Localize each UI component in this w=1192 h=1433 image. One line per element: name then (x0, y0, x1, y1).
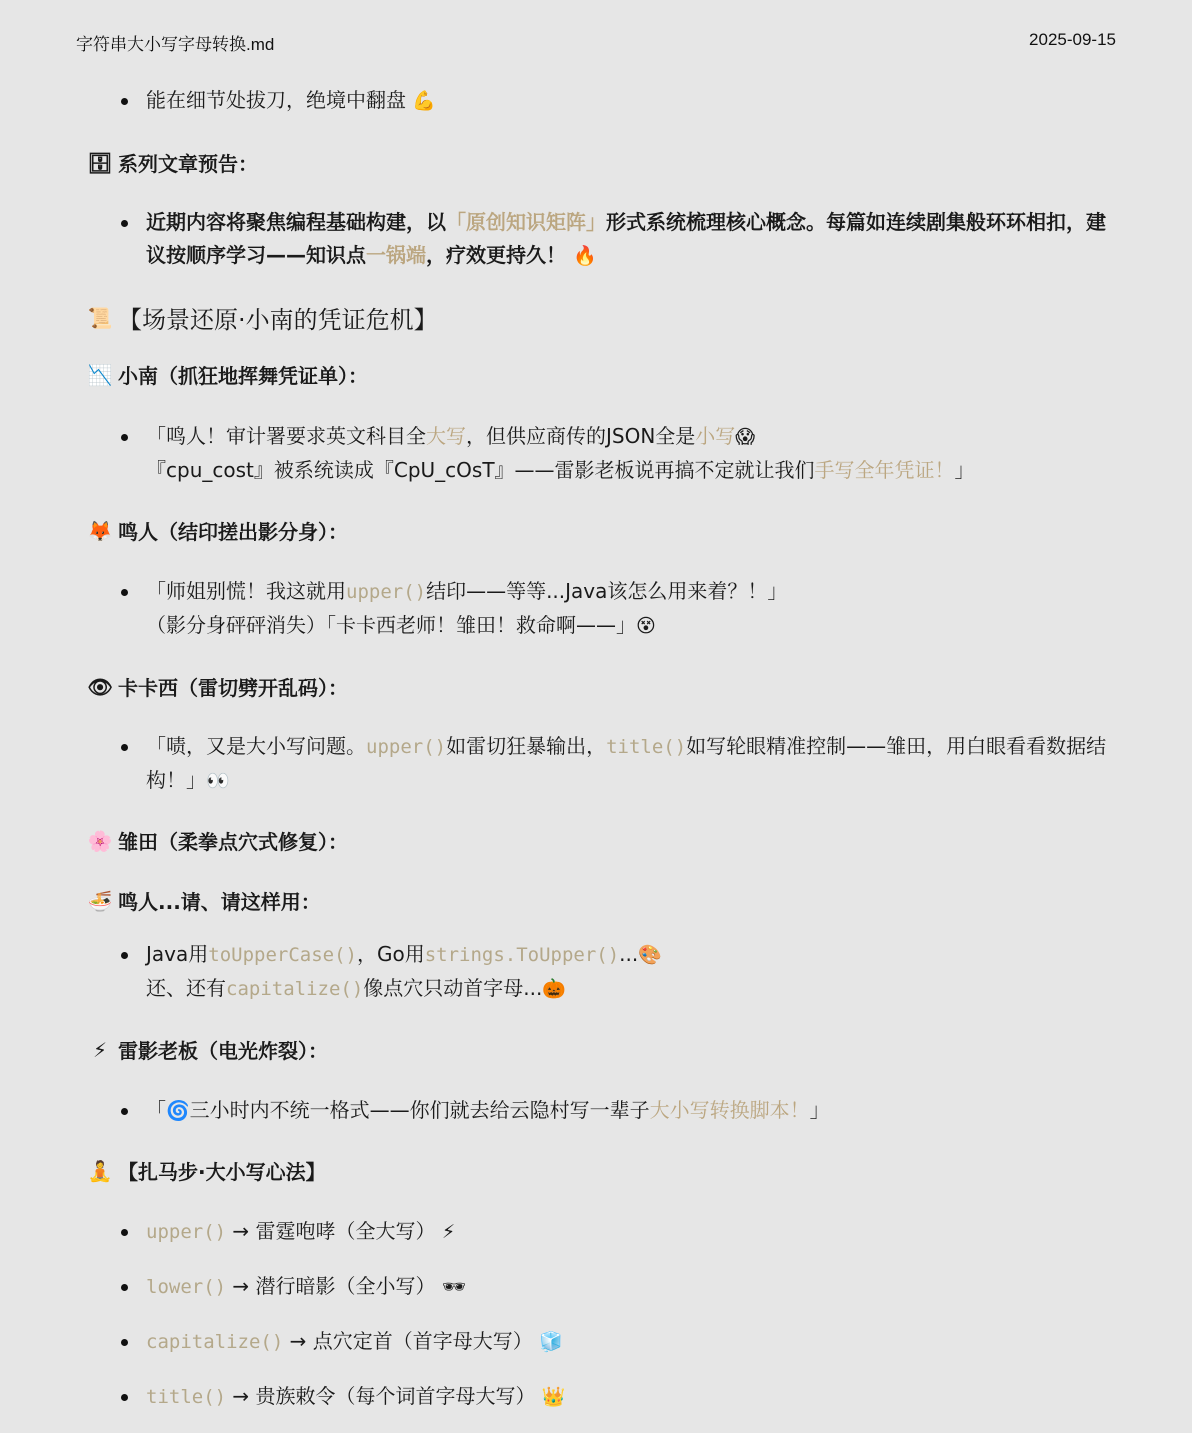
palette-icon: 🎨 (638, 944, 662, 966)
series-heading: 🗄 系列文章预告： (88, 148, 1112, 177)
list-item: 能在细节处拔刀，绝境中翻盘 💪 (146, 84, 1112, 118)
lightning-icon: ⚡ (88, 1038, 112, 1062)
list-item: 「鸣人！审计署要求英文科目全大写，但供应商传的JSON全是小写😱『cpu_cos… (146, 420, 1112, 487)
eye-icon: 👁 (88, 675, 112, 699)
list-item: Java用toUpperCase()，Go用strings.ToUpper().… (146, 938, 1112, 1006)
list-item: 「师姐别慌！我这就用upper()结印——等等...Java该怎么用来着？！」（… (146, 575, 1112, 643)
raikage-list: 「🌀三小时内不统一格式——你们就去给云隐村写一辈子大小写转换脚本！」 (88, 1094, 1112, 1128)
cyclone-icon: 🌀 (166, 1100, 190, 1122)
list-item: 近期内容将聚焦编程基础构建，以「原创知识矩阵」形式系统梳理核心概念。每篇如连续剧… (146, 206, 1112, 273)
chart-decreasing-icon: 📉 (88, 363, 112, 387)
naruto2-list: Java用toUpperCase()，Go用strings.ToUpper().… (88, 938, 1112, 1006)
sunglasses-icon: 🕶 (442, 1276, 466, 1298)
eyes-icon: 👀 (206, 770, 230, 792)
hinata-heading: 🌸 雏田（柔拳点穴式修复）： (88, 826, 1112, 855)
list-item: title() → 贵族敕令（每个词首字母大写） 👑 (146, 1380, 1112, 1414)
blossom-icon: 🌸 (88, 829, 112, 853)
lightning-icon: ⚡ (442, 1221, 455, 1243)
cube-icon: 🧊 (539, 1331, 563, 1353)
file-cabinet-icon: 🗄 (88, 151, 112, 175)
naruto-list: 「师姐别慌！我这就用upper()结印——等等...Java该怎么用来着？！」（… (88, 575, 1112, 643)
kakashi-heading: 👁 卡卡西（雷切劈开乱码）： (88, 672, 1112, 701)
file-name: 字符串大小写字母转换.md (76, 30, 274, 55)
method-list: upper() → 雷霆咆哮（全大写） ⚡ lower() → 潜行暗影（全小写… (88, 1215, 1112, 1414)
list-item: 「🌀三小时内不统一格式——你们就去给云隐村写一辈子大小写转换脚本！」 (146, 1094, 1112, 1128)
screaming-face-icon: 😱 (735, 426, 755, 448)
method-heading: 🧘 【扎马步·大小写心法】 (88, 1156, 1112, 1185)
date: 2025-09-15 (1029, 30, 1116, 50)
dizzy-face-icon: 😵 (636, 615, 656, 637)
meditation-icon: 🧘 (88, 1159, 112, 1183)
fire-icon: 🔥 (573, 245, 597, 267)
list-item: capitalize() → 点穴定首（首字母大写） 🧊 (146, 1325, 1112, 1359)
ramen-icon: 🍜 (88, 889, 112, 913)
list-item: lower() → 潜行暗影（全小写） 🕶 (146, 1270, 1112, 1304)
scene-heading: 📜 【场景还原·小南的凭证危机】 (88, 300, 1112, 335)
series-list: 近期内容将聚焦编程基础构建，以「原创知识矩阵」形式系统梳理核心概念。每篇如连续剧… (88, 206, 1112, 273)
scroll-icon: 📜 (88, 306, 112, 330)
list-item: 「啧，又是大小写问题。upper()如雷切狂暴输出，title()如写轮眼精准控… (146, 730, 1112, 798)
list-item: upper() → 雷霆咆哮（全大写） ⚡ (146, 1215, 1112, 1249)
xiaonan-heading: 📉 小南（抓狂地挥舞凭证单）： (88, 360, 1112, 389)
naruto-heading: 🦊 鸣人（结印搓出影分身）： (88, 516, 1112, 545)
xiaonan-list: 「鸣人！审计署要求英文科目全大写，但供应商传的JSON全是小写😱『cpu_cos… (88, 420, 1112, 487)
flexed-biceps-icon: 💪 (412, 90, 436, 112)
raikage-heading: ⚡ 雷影老板（电光炸裂）： (88, 1035, 1112, 1064)
crown-icon: 👑 (542, 1386, 566, 1408)
jack-o-lantern-icon: 🎃 (542, 978, 566, 1000)
fox-icon: 🦊 (88, 519, 112, 543)
kakashi-list: 「啧，又是大小写问题。upper()如雷切狂暴输出，title()如写轮眼精准控… (88, 730, 1112, 798)
intro-list: 能在细节处拔刀，绝境中翻盘 💪 (88, 84, 1112, 118)
naruto2-heading: 🍜 鸣人...请、请这样用： (88, 886, 1112, 915)
